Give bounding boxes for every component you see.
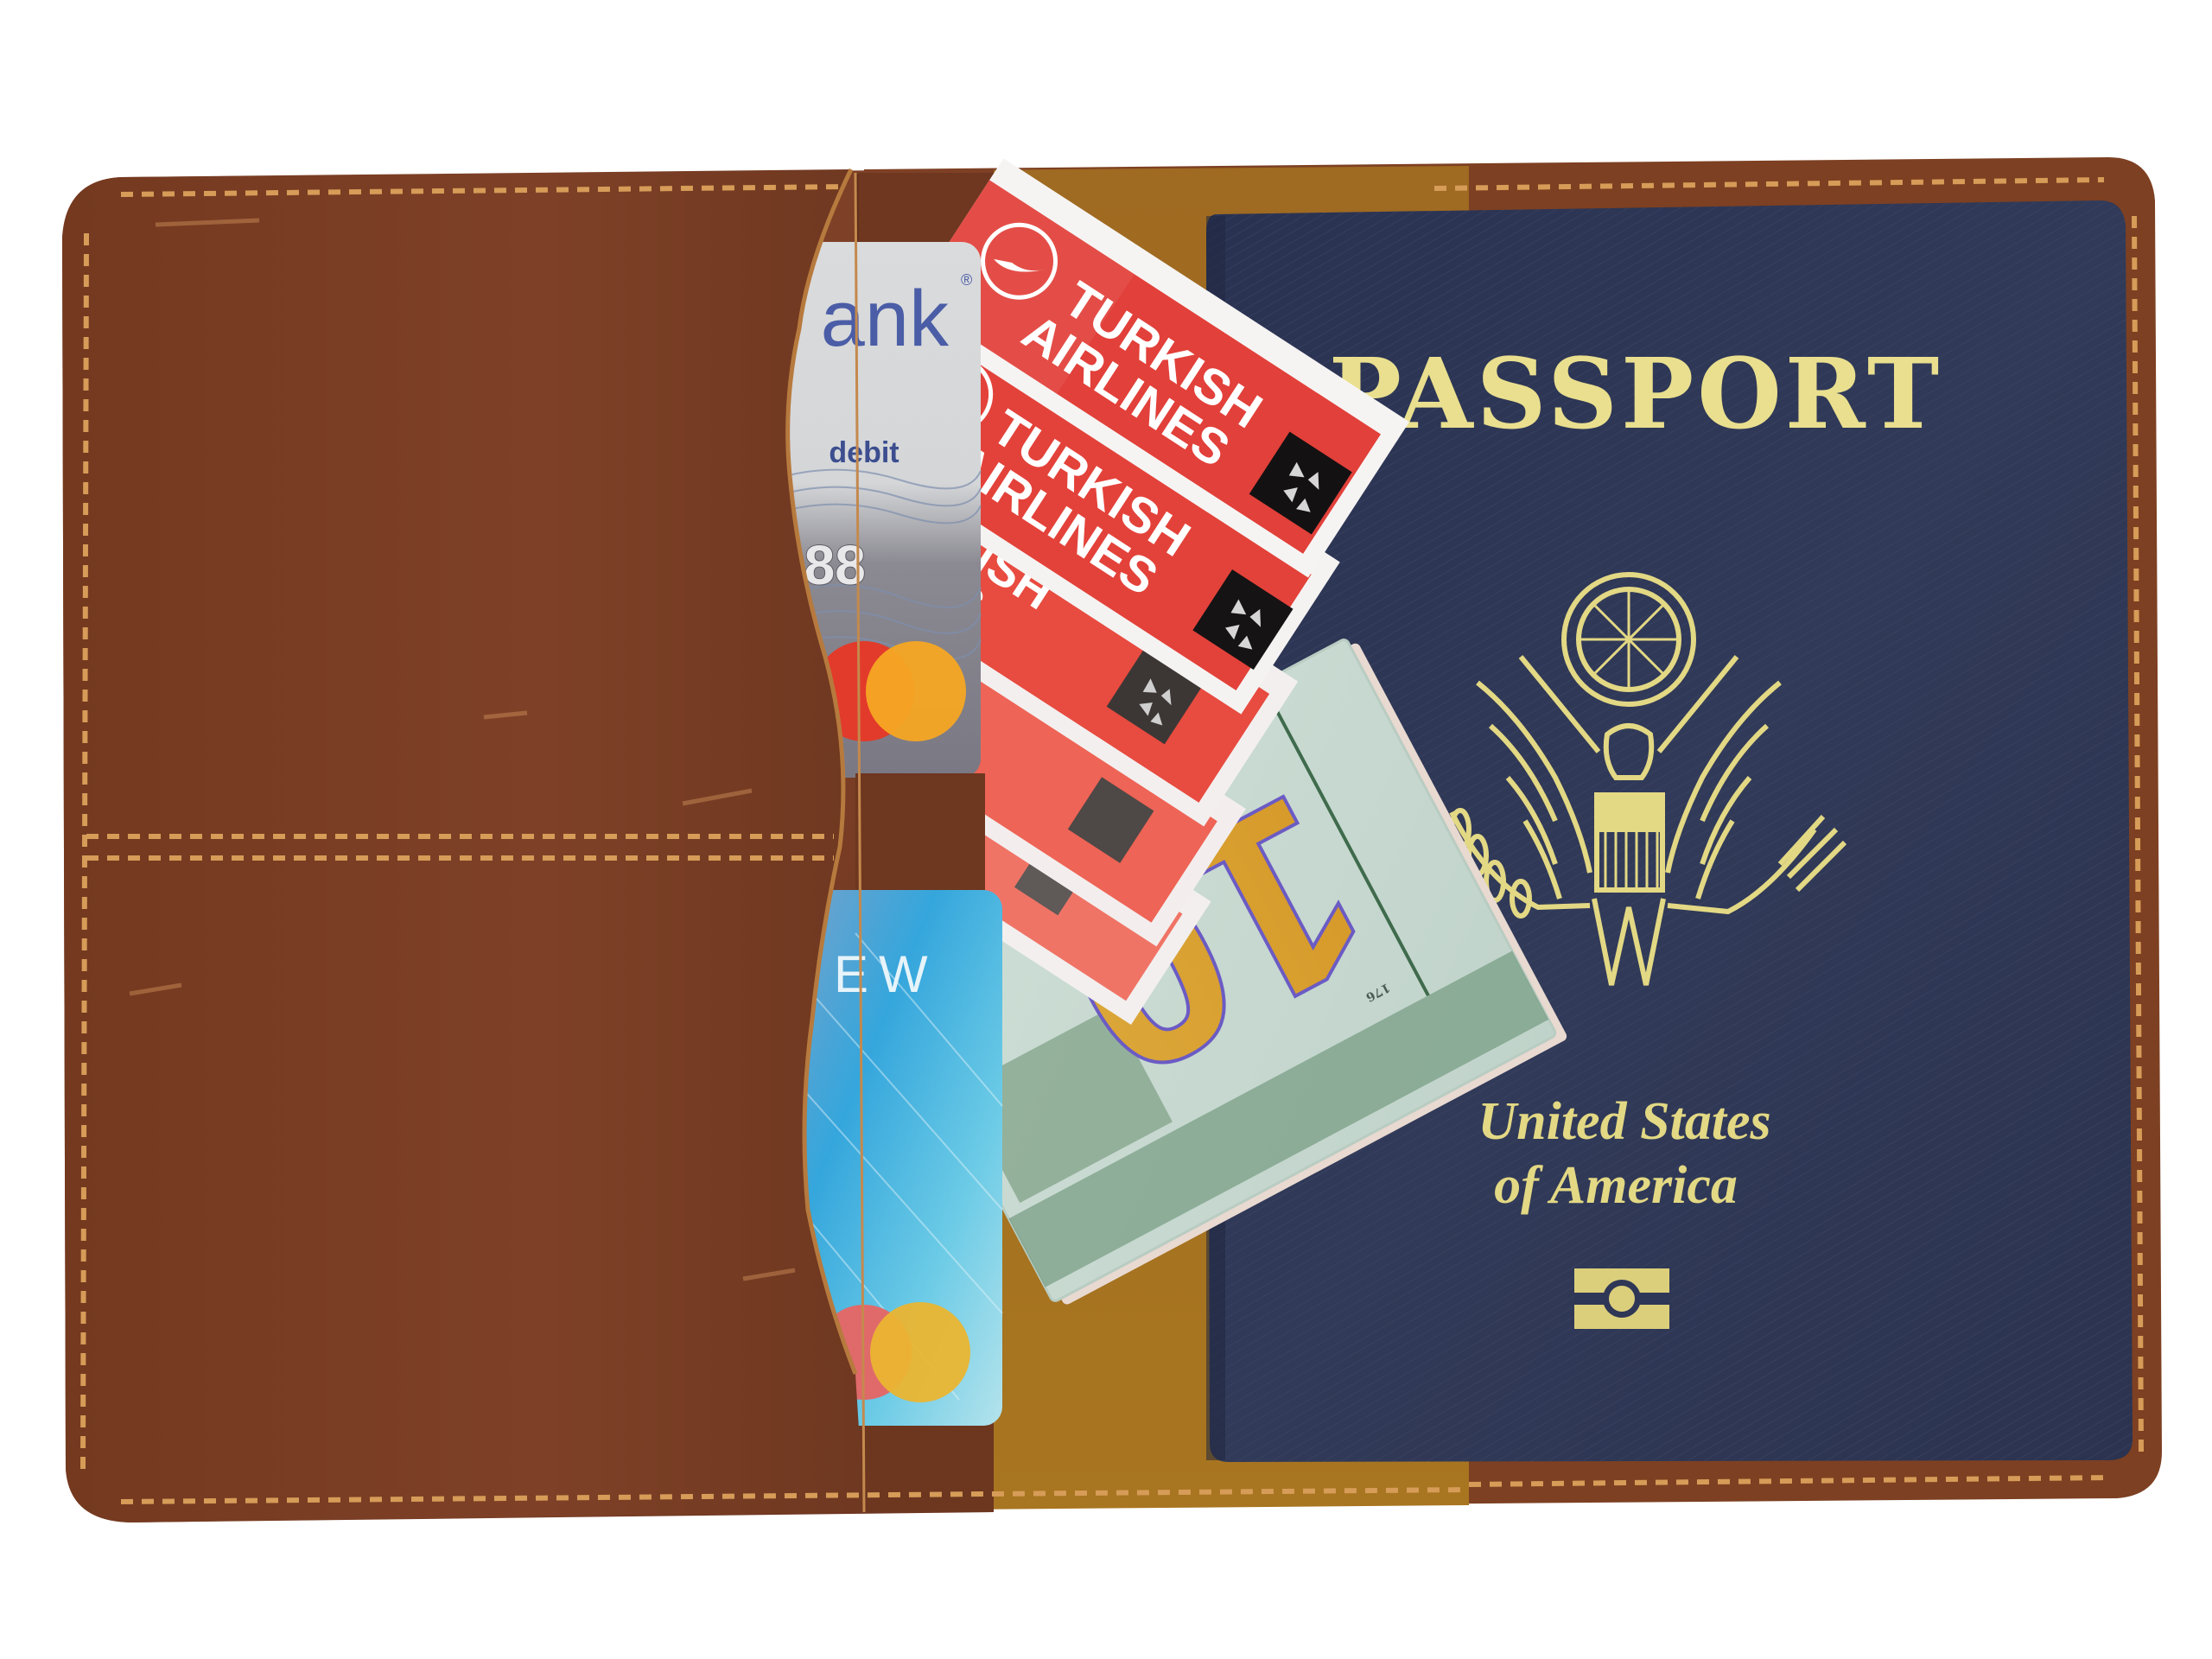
debit-card-type: debit — [829, 436, 899, 469]
left-pocket-flap — [62, 169, 864, 1522]
passport-wallet-photo: PASSPORT — [0, 0, 2212, 1659]
blue-card-brand: EW — [834, 945, 938, 1003]
passport-title: PASSPORT — [1329, 338, 1943, 451]
biometric-chip-icon — [1574, 1268, 1669, 1329]
debit-card-brand: ank — [821, 275, 950, 363]
card-slot-bottom — [864, 1426, 994, 1512]
passport-country-line1: United States — [1478, 1092, 1770, 1151]
passport-country-line2: of America — [1494, 1156, 1738, 1215]
debit-card-registered-mark: ® — [961, 271, 972, 289]
card-slot-divider — [855, 773, 985, 890]
